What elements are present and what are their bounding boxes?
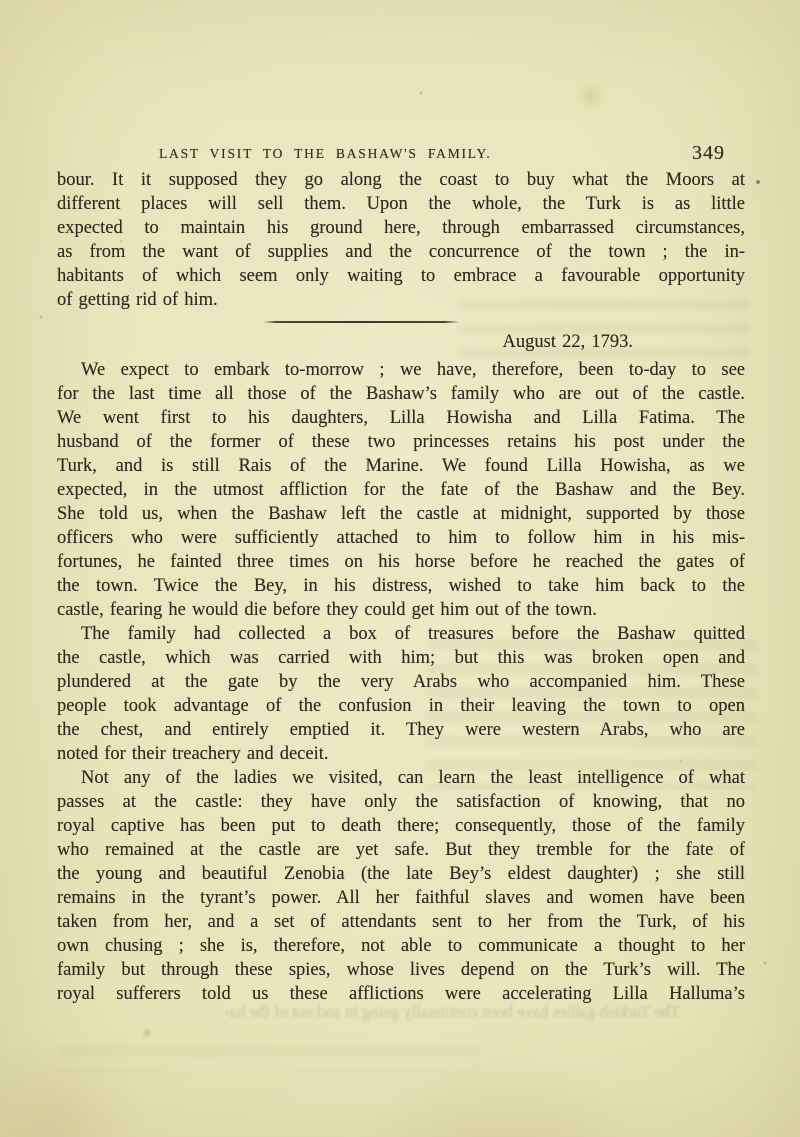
paragraph: bour. It it supposed they go along the c… bbox=[57, 168, 745, 312]
text-line: the young and beautiful Zenobia (the lat… bbox=[57, 862, 745, 886]
page-body: bour. It it supposed they go along the c… bbox=[57, 168, 745, 1006]
text-line: passes at the castle: they have only the… bbox=[57, 790, 745, 814]
text-line: for the last time all those of the Basha… bbox=[57, 382, 745, 406]
paragraphs-slot: We expect to embark to-morrow ; we have,… bbox=[57, 358, 745, 1006]
text-line: habitants of which seem only waiting to … bbox=[57, 264, 745, 288]
text-line: The family had collected a box of treasu… bbox=[57, 622, 745, 646]
text-line: who remained at the castle are yet safe.… bbox=[57, 838, 745, 862]
text-line: royal sufferers told us these affliction… bbox=[57, 982, 745, 1006]
text-line: Not any of the ladies we visited, can le… bbox=[57, 766, 745, 790]
date-line: August 22, 1793. bbox=[57, 330, 745, 354]
text-line: castle, fearing he would die before they… bbox=[57, 598, 745, 622]
book-page: LAST VISIT TO THE BASHAW'S FAMILY. 349 b… bbox=[0, 0, 800, 1137]
showthrough-smudge bbox=[60, 1046, 480, 1072]
running-header: LAST VISIT TO THE BASHAW'S FAMILY. bbox=[159, 146, 492, 162]
text-line: noted for their treachery and deceit. bbox=[57, 742, 745, 766]
text-line: the chest, and entirely emptied it. They… bbox=[57, 718, 745, 742]
text-line: plundered at the gate by the very Arabs … bbox=[57, 670, 745, 694]
section-divider bbox=[263, 321, 459, 323]
text-line: expected to maintain his ground here, th… bbox=[57, 216, 745, 240]
text-line: We expect to embark to-morrow ; we have,… bbox=[57, 358, 745, 382]
paragraph: Not any of the ladies we visited, can le… bbox=[57, 766, 745, 1006]
continuation-paragraph-slot: bour. It it supposed they go along the c… bbox=[57, 168, 745, 312]
text-line: family but through these spies, whose li… bbox=[57, 958, 745, 982]
text-line: remains in the tyrant’s power. All her f… bbox=[57, 886, 745, 910]
page-number: 349 bbox=[692, 142, 725, 165]
text-line: of getting rid of him. bbox=[57, 288, 745, 312]
text-line: people took advantage of the confusion i… bbox=[57, 694, 745, 718]
text-line: own chusing ; she is, therefore, not abl… bbox=[57, 934, 745, 958]
text-line: different places will sell them. Upon th… bbox=[57, 192, 745, 216]
text-line: fortunes, he fainted three times on his … bbox=[57, 550, 745, 574]
text-line: She told us, when the Bashaw left the ca… bbox=[57, 502, 745, 526]
text-line: expected, in the utmost affliction for t… bbox=[57, 478, 745, 502]
text-line: as from the want of supplies and the con… bbox=[57, 240, 745, 264]
text-line: taken from her, and a set of attendants … bbox=[57, 910, 745, 934]
text-line: We went first to his daughters, Lilla Ho… bbox=[57, 406, 745, 430]
paper-specks bbox=[0, 0, 2, 2]
text-line: husband of the former of these two princ… bbox=[57, 430, 745, 454]
text-line: Turk, and is still Rais of the Marine. W… bbox=[57, 454, 745, 478]
paragraph: We expect to embark to-morrow ; we have,… bbox=[57, 358, 745, 622]
text-line: the town. Twice the Bey, in his distress… bbox=[57, 574, 745, 598]
text-line: officers who were sufficiently attached … bbox=[57, 526, 745, 550]
text-line: bour. It it supposed they go along the c… bbox=[57, 168, 745, 192]
paragraph: The family had collected a box of treasu… bbox=[57, 622, 745, 766]
text-line: the castle, which was carried with him; … bbox=[57, 646, 745, 670]
page-header: LAST VISIT TO THE BASHAW'S FAMILY. 349 bbox=[57, 144, 745, 166]
text-line: royal captive has been put to death ther… bbox=[57, 814, 745, 838]
